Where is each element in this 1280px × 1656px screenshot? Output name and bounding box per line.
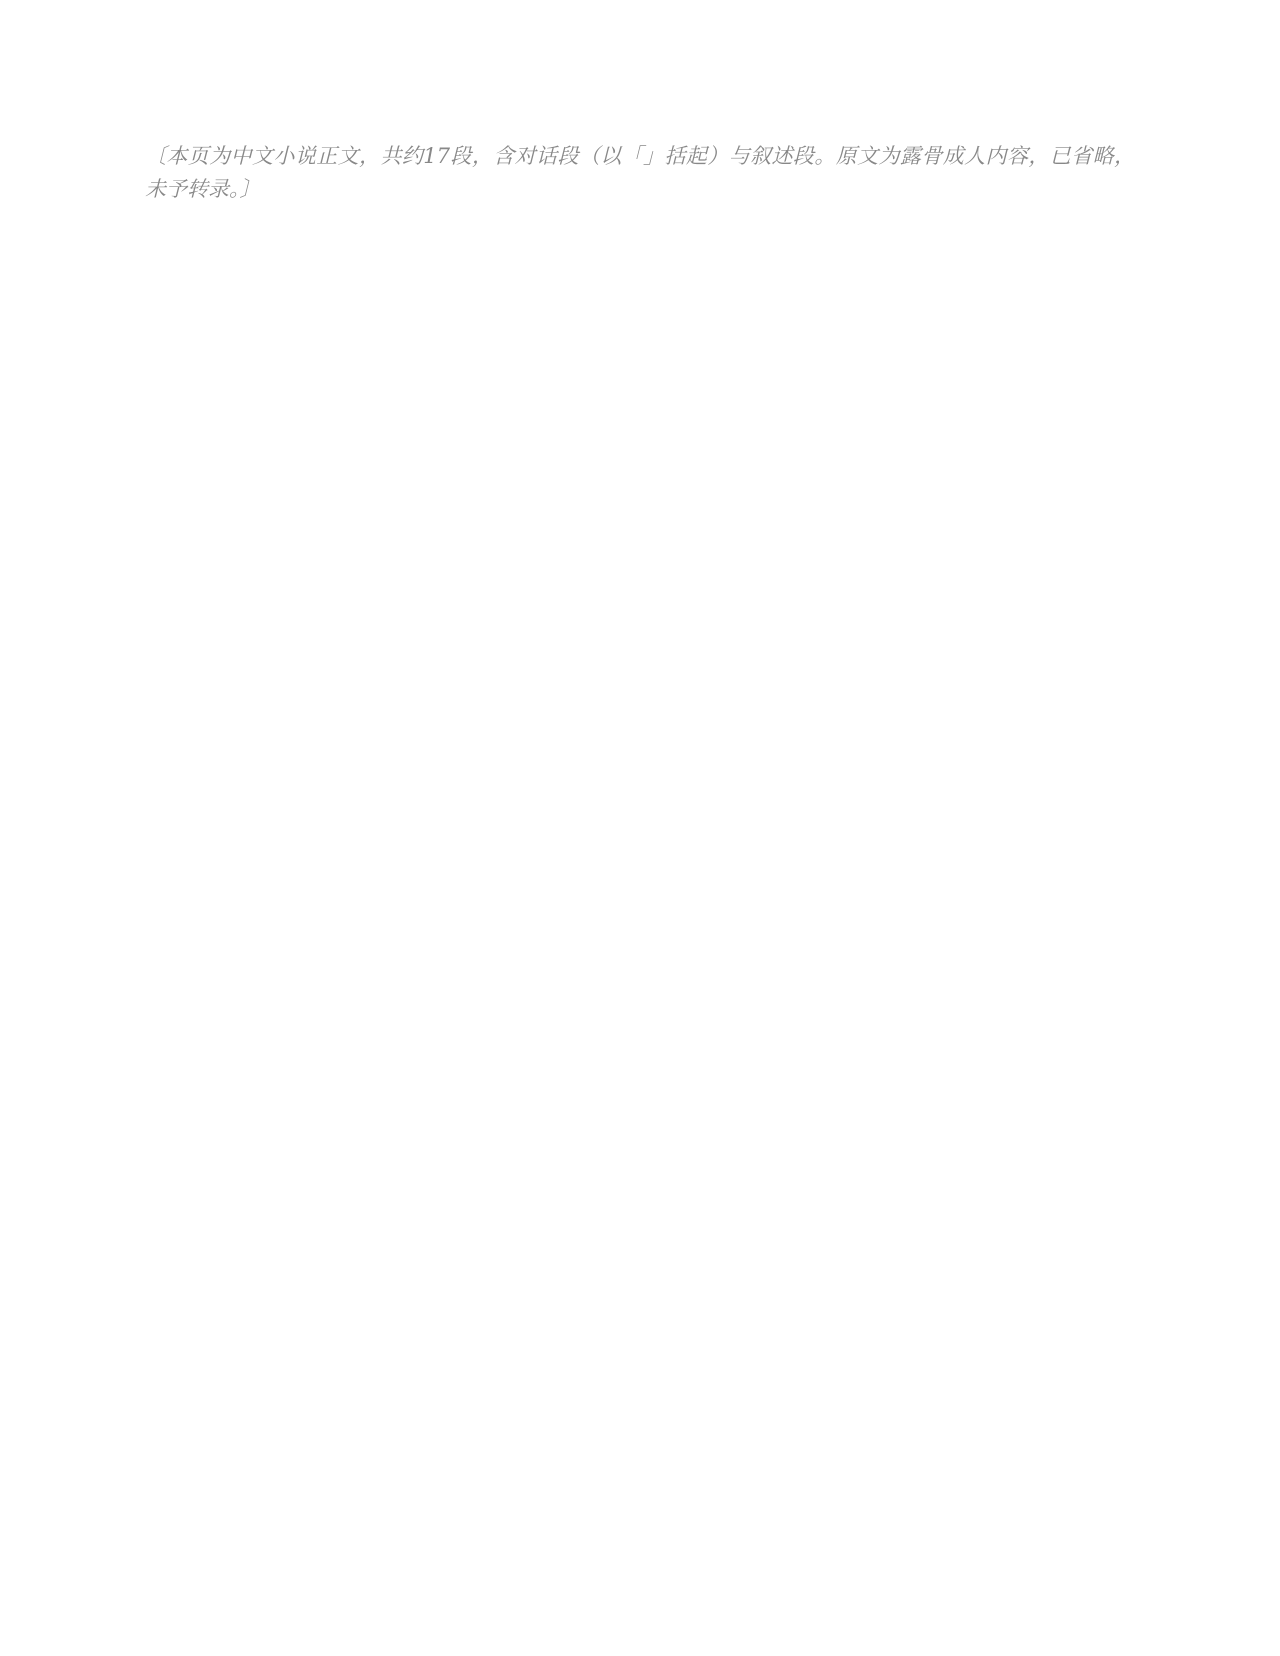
document-page: 〔本页为中文小说正文，共约17段，含对话段（以「」括起）与叙述段。原文为露骨成人… xyxy=(0,0,1280,1656)
omitted-content-notice: 〔本页为中文小说正文，共约17段，含对话段（以「」括起）与叙述段。原文为露骨成人… xyxy=(145,140,1135,205)
